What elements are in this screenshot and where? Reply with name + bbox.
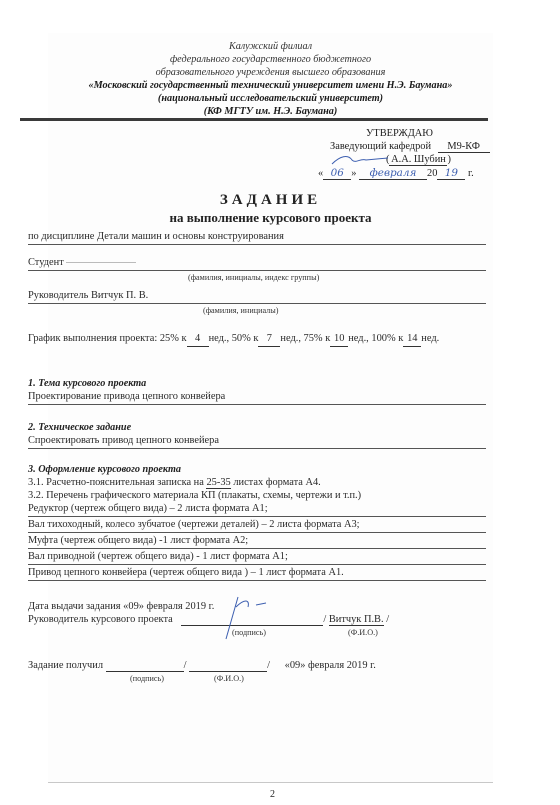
discipline: по дисциплине Детали машин и основы конс… [28,231,284,242]
discipline-underline [28,244,486,245]
received-date: «09» февраля 2019 г. [285,660,376,671]
schedule-week-50: 7 [258,331,280,347]
approval-label: УТВЕРЖДАЮ [366,128,433,139]
issue-name-caption: (Ф.И.О.) [348,628,378,637]
received-name-line [189,660,267,672]
drawing-item: Редуктор (чертеж общего вида) – 2 листа … [28,503,268,514]
page-number: 2 [270,789,275,800]
student-caption: (фамилия, инициалы, индекс группы) [188,273,319,282]
issue-sig-caption: (подпись) [232,628,266,637]
drawing-item: Муфта (чертеж общего вида) -1 лист форма… [28,535,248,546]
supervisor-underline [28,303,486,304]
section-1-text: Проектирование привода цепного конвейера [28,391,225,402]
approval-signature-row: (А.А. Шубин) [330,154,451,166]
formatting-pages: 25-35 [206,477,230,489]
section-2-text: Спроектировать привод цепного конвейера [28,435,219,446]
student-redacted [66,262,136,263]
received-sig-caption: (подпись) [130,674,164,683]
supervisor: Руководитель Витчук П. В. [28,290,148,301]
received-signature-line [106,660,184,672]
received-row: Задание получил / / «09» февраля 2019 г. [28,660,376,672]
drawing-item: Привод цепного конвейера (чертеж общего … [28,567,344,578]
doc-title: ЗАДАНИЕ [48,192,493,209]
header-university: «Московский государственный технический … [28,80,513,91]
issue-supervisor-row: Руководитель курсового проекта / Витчук … [28,614,389,626]
student-row: Студент [28,257,136,268]
doc-subtitle: на выполнение курсового проекта [48,210,493,226]
supervisor-caption: (фамилия, инициалы) [203,306,278,315]
header-institution: образовательного учреждения высшего обра… [48,67,493,78]
approval-date: «06» февраля2019 г. [318,167,474,180]
approval-head-label: Заведующий кафедрой [330,141,431,152]
drawing-underline [28,516,486,517]
drawing-item: Вал приводной (чертеж общего вида) - 1 л… [28,551,288,562]
formatting-item-1: 3.1. Расчетно-пояснительная записка на 2… [28,477,321,489]
section-3-heading: 3. Оформление курсового проекта [28,464,181,475]
approval-day: 06 [323,167,351,180]
section-1-underline [28,404,486,405]
header-research: (национальный исследовательский универси… [48,93,493,104]
header-rule [20,118,488,121]
drawing-item: Вал тихоходный, колесо зубчатое (чертежи… [28,519,360,530]
document-page: Калужский филиал федерального государств… [48,33,493,783]
issue-supervisor-name: Витчук П.В. [329,614,384,626]
approval-department: М9-КФ [438,141,490,153]
schedule-week-100: 14 [403,331,421,347]
drawing-underline [28,580,486,581]
section-2-underline [28,448,486,449]
issue-supervisor-label: Руководитель курсового проекта [28,614,173,625]
header-federal: федерального государственного бюджетного [48,54,493,65]
header-branch: Калужский филиал [48,41,493,52]
section-2-heading: 2. Техническое задание [28,422,131,433]
drawing-underline [28,548,486,549]
drawing-underline [28,532,486,533]
drawing-underline [28,564,486,565]
approval-signature-icon [330,152,390,168]
approval-name: А.А. Шубин [389,154,447,166]
formatting-item-2: 3.2. Перечень графического материала КП … [28,490,361,501]
received-label: Задание получил [28,660,103,671]
schedule-week-25: 4 [187,331,209,347]
schedule-week-75: 10 [330,331,348,347]
received-name-caption: (Ф.И.О.) [214,674,244,683]
student-label: Студент [28,257,64,268]
student-underline [28,270,486,271]
issue-date: Дата выдачи задания «09» февраля 2019 г. [28,601,214,612]
approval-month: февраля [359,167,427,180]
schedule: График выполнения проекта: 25% к4нед., 5… [28,331,486,347]
approval-year: 19 [437,167,465,180]
header-abbr: (КФ МГТУ им. Н.Э. Баумана) [48,106,493,117]
section-1-heading: 1. Тема курсового проекта [28,378,146,389]
